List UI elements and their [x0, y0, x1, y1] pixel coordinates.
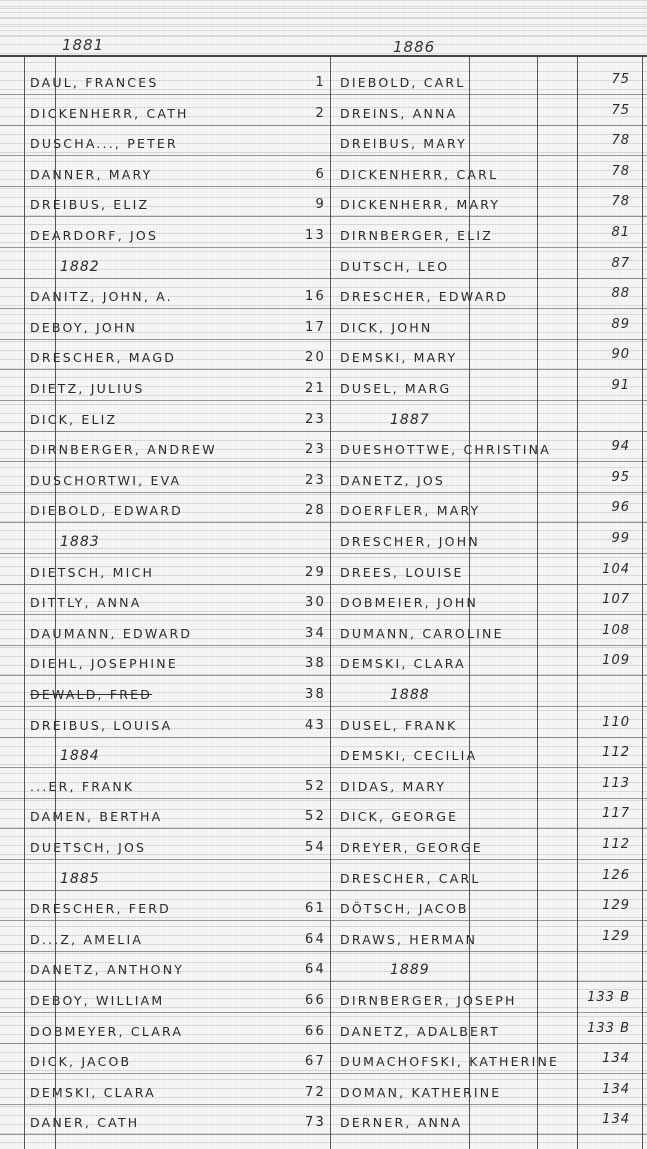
row-rule: [0, 247, 330, 248]
row-rule: [0, 981, 330, 982]
column-rule: [642, 56, 643, 1149]
entry-name: DERNER, ANNA: [340, 1112, 462, 1134]
entry-name: DIETSCH, MICH: [30, 562, 154, 584]
entry-page-number: 20: [276, 347, 326, 369]
entry-name: DOBMEIER, JOHN: [340, 592, 478, 614]
entry-name: DREYER, GEORGE: [340, 837, 483, 859]
entry-page-number: 104: [580, 562, 630, 577]
entry-page-number: 129: [580, 898, 630, 913]
row-rule: [330, 706, 647, 707]
row-rule: [330, 155, 647, 156]
year-label: 1883: [60, 531, 100, 553]
entry-name: DOMAN, KATHERINE: [340, 1082, 501, 1104]
row-rule: [0, 1134, 330, 1135]
row-rule: [330, 522, 647, 523]
row-rule: [330, 675, 647, 676]
entry-name: DEBOY, WILLIAM: [30, 990, 164, 1012]
entry-name: DRESCHER, CARL: [340, 868, 481, 890]
entry-name: DRAWS, HERMAN: [340, 929, 477, 951]
row-rule: [0, 155, 330, 156]
row-rule: [0, 125, 330, 126]
entry-page-number: 113: [580, 776, 630, 791]
entry-page-number: 21: [276, 378, 326, 400]
entry-name: DIEBOLD, CARL: [340, 72, 465, 94]
entry-name: DREIBUS, MARY: [340, 133, 467, 155]
row-rule: [0, 951, 330, 952]
entry-page-number: 96: [580, 500, 630, 515]
entry-name: DUETSCH, JOS: [30, 837, 146, 859]
entry-page-number: 91: [580, 378, 630, 393]
row-rule: [0, 186, 330, 187]
entry-page-number: 54: [276, 837, 326, 859]
entry-page-number: 38: [276, 653, 326, 675]
entry-name: DUESHOTTWE, CHRISTINA: [340, 439, 551, 461]
entry-page-number: 134: [580, 1112, 630, 1127]
row-rule: [330, 1073, 647, 1074]
row-rule: [0, 1073, 330, 1074]
entry-name: DIRNBERGER, ELIZ: [340, 225, 493, 247]
entry-name: DEMSKI, CLARA: [30, 1082, 156, 1104]
row-rule: [0, 798, 330, 799]
row-rule: [330, 431, 647, 432]
row-rule: [330, 614, 647, 615]
row-rule: [330, 584, 647, 585]
entry-page-number: 133 B: [580, 990, 630, 1005]
entry-page-number: 81: [580, 225, 630, 240]
entry-name: DOBMEYER, CLARA: [30, 1021, 183, 1043]
entry-name: DANETZ, ANTHONY: [30, 959, 184, 981]
row-rule: [0, 400, 330, 401]
entry-name: DEARDORF, JOS: [30, 225, 158, 247]
entry-page-number: 89: [580, 317, 630, 332]
row-rule: [0, 522, 330, 523]
row-rule: [0, 859, 330, 860]
entry-page-number: 13: [276, 225, 326, 247]
entry-name: DIEHL, JOSEPHINE: [30, 653, 178, 675]
entry-name: DICKENHERR, CARL: [340, 164, 498, 186]
entry-name: DAUMANN, EDWARD: [30, 623, 192, 645]
row-rule: [330, 186, 647, 187]
entry-page-number: 23: [276, 470, 326, 492]
entry-name: DRESCHER, JOHN: [340, 531, 480, 553]
row-rule: [0, 1043, 330, 1044]
entry-page-number: 64: [276, 929, 326, 951]
entry-page-number: 134: [580, 1051, 630, 1066]
entry-page-number: 72: [276, 1082, 326, 1104]
entry-name: DANER, CATH: [30, 1112, 139, 1134]
row-rule: [330, 308, 647, 309]
row-rule: [0, 675, 330, 676]
row-rule: [330, 461, 647, 462]
entry-page-number: 88: [580, 286, 630, 301]
row-rule: [0, 339, 330, 340]
entry-name: DAMEN, BERTHA: [30, 806, 162, 828]
entry-page-number: 78: [580, 194, 630, 209]
entry-name: DICK, JOHN: [340, 317, 432, 339]
row-rule: [0, 553, 330, 554]
entry-page-number: 90: [580, 347, 630, 362]
row-rule: [0, 920, 330, 921]
entry-page-number: 34: [276, 623, 326, 645]
row-rule: [0, 431, 330, 432]
entry-name: DITTLY, ANNA: [30, 592, 141, 614]
entry-name: DOERFLER, MARY: [340, 500, 480, 522]
row-rule: [0, 828, 330, 829]
entry-name: DUSEL, FRANK: [340, 715, 457, 737]
row-rule: [0, 278, 330, 279]
entry-page-number: 23: [276, 439, 326, 461]
row-rule: [0, 584, 330, 585]
entry-page-number: 112: [580, 745, 630, 760]
year-label: 1885: [60, 868, 100, 890]
row-rule: [330, 1043, 647, 1044]
row-rule: [330, 798, 647, 799]
entry-page-number: 52: [276, 806, 326, 828]
entry-page-number: 38: [276, 684, 326, 706]
entry-name: DRESCHER, EDWARD: [340, 286, 508, 308]
year-label: 1884: [60, 745, 100, 767]
entry-name: DRESCHER, FERD: [30, 898, 171, 920]
entry-name: DEMSKI, CECILIA: [340, 745, 477, 767]
column-rule: [24, 56, 25, 1149]
column-rule: [330, 56, 331, 1149]
row-rule: [0, 216, 330, 217]
entry-page-number: 75: [580, 72, 630, 87]
entry-name: DICK, GEORGE: [340, 806, 458, 828]
row-rule: [330, 1134, 647, 1135]
entry-name: DREIBUS, ELIZ: [30, 194, 149, 216]
row-rule: [0, 461, 330, 462]
row-rule: [330, 767, 647, 768]
entry-name: DIRNBERGER, ANDREW: [30, 439, 217, 461]
entry-page-number: 6: [276, 164, 326, 186]
entry-name: DAUL, FRANCES: [30, 72, 158, 94]
row-rule: [330, 1012, 647, 1013]
entry-name: DANNER, MARY: [30, 164, 152, 186]
entry-page-number: 110: [580, 715, 630, 730]
row-rule: [330, 951, 647, 952]
entry-name: DICK, JACOB: [30, 1051, 131, 1073]
entry-name: ...ER, FRANK: [30, 776, 134, 798]
entry-page-number: 1: [276, 72, 326, 94]
entry-name: DIEBOLD, EDWARD: [30, 500, 183, 522]
entry-page-number: 78: [580, 164, 630, 179]
entry-page-number: 94: [580, 439, 630, 454]
row-rule: [0, 1104, 330, 1105]
column-rule: [577, 56, 578, 1149]
entry-name: DUSCHA..., PETER: [30, 133, 178, 155]
entry-page-number: 9: [276, 194, 326, 216]
row-rule: [0, 614, 330, 615]
row-rule: [330, 828, 647, 829]
year-label: 1888: [390, 684, 430, 706]
row-rule: [330, 369, 647, 370]
row-rule: [330, 1104, 647, 1105]
row-rule: [330, 737, 647, 738]
entry-name: DUMACHOFSKI, KATHERINE: [340, 1051, 559, 1073]
row-rule: [330, 920, 647, 921]
entry-name: DANITZ, JOHN, A.: [30, 286, 173, 308]
entry-page-number: 67: [276, 1051, 326, 1073]
entry-page-number: 16: [276, 286, 326, 308]
entry-page-number: 30: [276, 592, 326, 614]
row-rule: [330, 981, 647, 982]
row-rule: [330, 645, 647, 646]
entry-page-number: 107: [580, 592, 630, 607]
entry-page-number: 133 B: [580, 1021, 630, 1036]
entry-name: DREIBUS, LOUISA: [30, 715, 172, 737]
entry-page-number: 87: [580, 256, 630, 271]
year-label: 1887: [390, 409, 430, 431]
entry-page-number: 73: [276, 1112, 326, 1134]
entry-name: DUSEL, MARG: [340, 378, 451, 400]
entry-page-number: 64: [276, 959, 326, 981]
row-rule: [330, 400, 647, 401]
entry-page-number: 23: [276, 409, 326, 431]
entry-page-number: 29: [276, 562, 326, 584]
row-rule: [330, 125, 647, 126]
entry-name: DÖTSCH, JACOB: [340, 898, 469, 920]
entry-name: DEMSKI, CLARA: [340, 653, 466, 675]
row-rule: [0, 369, 330, 370]
row-rule: [0, 94, 330, 95]
row-rule: [0, 737, 330, 738]
row-rule: [0, 308, 330, 309]
entry-name: DICK, ELIZ: [30, 409, 117, 431]
row-rule: [0, 890, 330, 891]
entry-page-number: 109: [580, 653, 630, 668]
entry-page-number: 112: [580, 837, 630, 852]
entry-name: DICKENHERR, CATH: [30, 103, 189, 125]
entry-page-number: 134: [580, 1082, 630, 1097]
entry-name: DREES, LOUISE: [340, 562, 464, 584]
entry-page-number: 52: [276, 776, 326, 798]
header-rule: [0, 55, 647, 57]
column-rule: [537, 56, 538, 1149]
row-rule: [330, 890, 647, 891]
row-rule: [330, 216, 647, 217]
right-header-year: 1886: [393, 38, 435, 56]
row-rule: [0, 706, 330, 707]
entry-page-number: 43: [276, 715, 326, 737]
entry-name: DREINS, ANNA: [340, 103, 457, 125]
entry-name: DICKENHERR, MARY: [340, 194, 500, 216]
entry-page-number: 108: [580, 623, 630, 638]
entry-page-number: 99: [580, 531, 630, 546]
row-rule: [0, 645, 330, 646]
entry-page-number: 129: [580, 929, 630, 944]
row-rule: [330, 278, 647, 279]
row-rule: [330, 859, 647, 860]
entry-name: DANETZ, JOS: [340, 470, 445, 492]
row-rule: [330, 492, 647, 493]
entry-name: DUMANN, CAROLINE: [340, 623, 504, 645]
row-rule: [330, 94, 647, 95]
row-rule: [330, 339, 647, 340]
entry-page-number: 75: [580, 103, 630, 118]
entry-name: DUSCHORTWI, EVA: [30, 470, 181, 492]
entry-name: DIDAS, MARY: [340, 776, 446, 798]
entry-name: DEWALD, FRED: [30, 684, 152, 706]
row-rule: [330, 247, 647, 248]
entry-page-number: 28: [276, 500, 326, 522]
entry-page-number: 17: [276, 317, 326, 339]
entry-page-number: 78: [580, 133, 630, 148]
row-rule: [330, 553, 647, 554]
entry-page-number: 126: [580, 868, 630, 883]
entry-name: DIETZ, JULIUS: [30, 378, 145, 400]
entry-name: DEBOY, JOHN: [30, 317, 137, 339]
entry-page-number: 61: [276, 898, 326, 920]
year-label: 1882: [60, 256, 100, 278]
entry-page-number: 66: [276, 990, 326, 1012]
scan-noise: [0, 0, 647, 40]
entry-name: DEMSKI, MARY: [340, 347, 457, 369]
entry-page-number: 2: [276, 103, 326, 125]
entry-page-number: 117: [580, 806, 630, 821]
year-label: 1889: [390, 959, 430, 981]
register-page: 1881 1886 DAUL, FRANCES1DICKENHERR, CATH…: [0, 0, 647, 1149]
entry-name: D...Z, AMELIA: [30, 929, 143, 951]
left-header-year: 1881: [62, 36, 104, 54]
row-rule: [0, 492, 330, 493]
row-rule: [0, 767, 330, 768]
entry-page-number: 66: [276, 1021, 326, 1043]
entry-page-number: 95: [580, 470, 630, 485]
entry-name: DANETZ, ADALBERT: [340, 1021, 500, 1043]
entry-name: DUTSCH, LEO: [340, 256, 449, 278]
entry-name: DIRNBERGER, JOSEPH: [340, 990, 517, 1012]
entry-name: DRESCHER, MAGD: [30, 347, 176, 369]
row-rule: [0, 1012, 330, 1013]
